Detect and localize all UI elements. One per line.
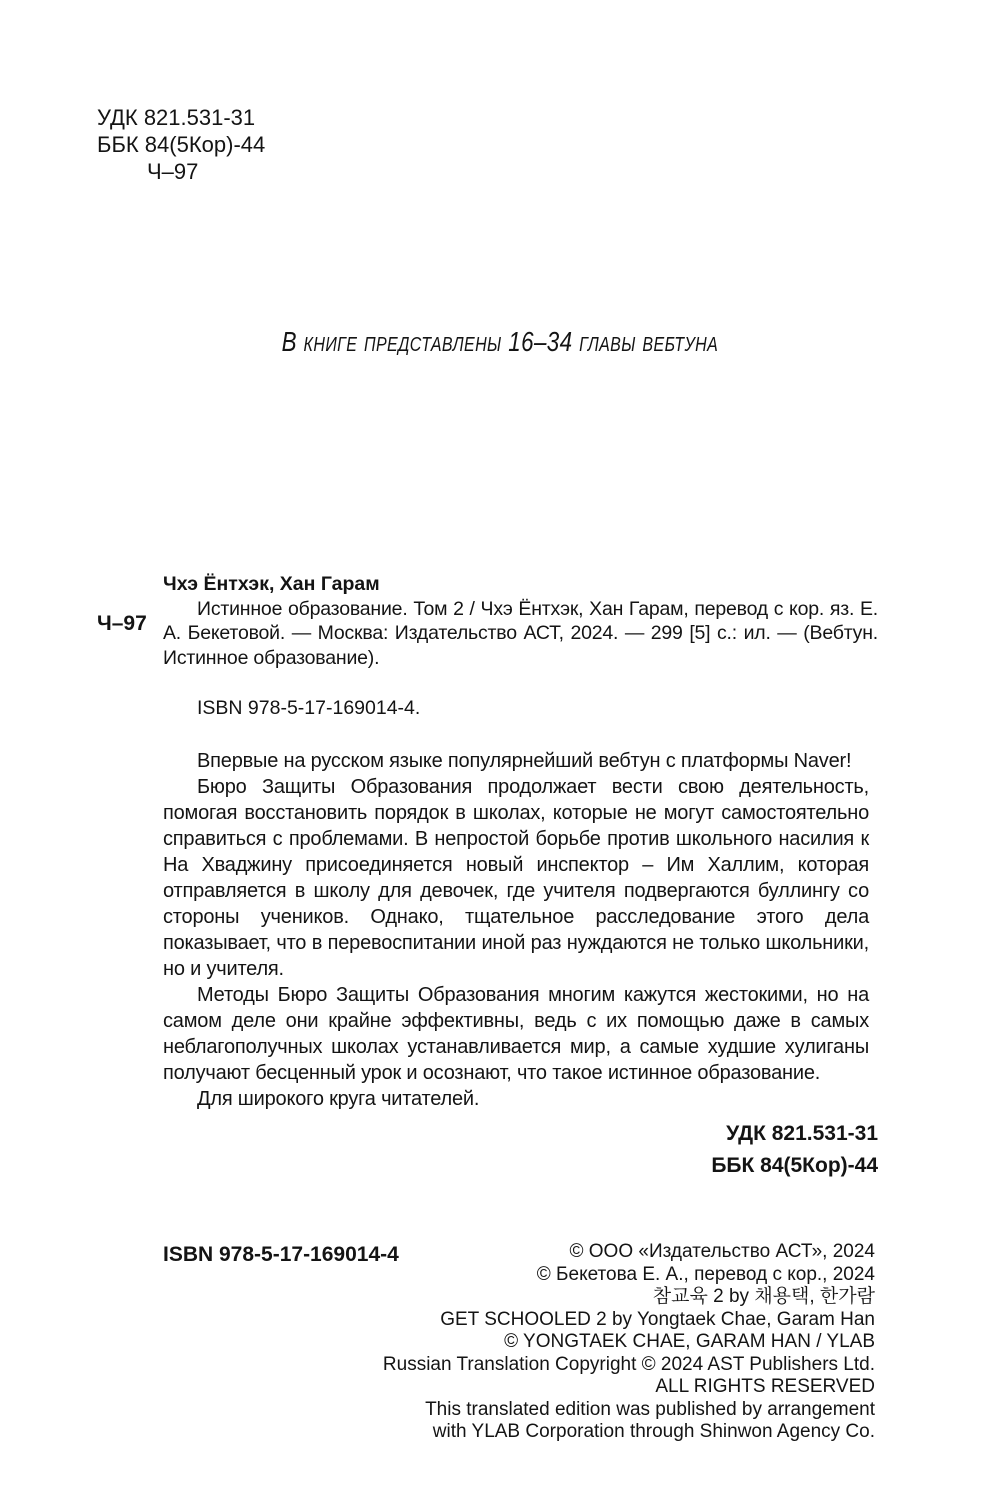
edition-note: В книге представлены 16–34 главы вебтуна	[282, 326, 719, 358]
bib-authors: Чхэ Ёнтхэк, Хан Гарам	[163, 572, 878, 597]
copyright-line: © Бекетова Е. А., перевод с кор., 2024	[383, 1264, 875, 1287]
bottom-classification-codes: УДК 821.531-31 ББК 84(5Кор)-44	[711, 1118, 878, 1182]
copyright-line: 참교육 2 by 채용택, 한가람	[383, 1286, 875, 1309]
footer-isbn: ISBN 978-5-17-169014-4	[163, 1243, 399, 1267]
edition-note-container: В книге представлены 16–34 главы вебтуна	[0, 326, 1000, 358]
author-sign-code: Ч–97	[97, 158, 265, 185]
annotation-paragraph: Для широкого круга читателей.	[163, 1086, 869, 1112]
annotation-block: Впервые на русском языке популярнейший в…	[163, 748, 869, 1112]
bbk-code: ББК 84(5Кор)-44	[97, 131, 265, 158]
bibliographic-record: Ч–97 Чхэ Ёнтхэк, Хан Гарам Истинное обра…	[97, 572, 878, 721]
copyright-line: ALL RIGHTS RESERVED	[383, 1376, 875, 1399]
top-classification-codes: УДК 821.531-31 ББК 84(5Кор)-44 Ч–97	[97, 104, 265, 185]
copyright-line: with YLAB Corporation through Shinwon Ag…	[383, 1421, 875, 1444]
annotation-paragraph: Методы Бюро Защиты Образования многим ка…	[163, 982, 869, 1086]
copyright-line: © YONGTAEK CHAE, GARAM HAN / YLAB	[383, 1331, 875, 1354]
annotation-paragraph: Бюро Защиты Образования продолжает вести…	[163, 774, 869, 982]
bib-content: Чхэ Ёнтхэк, Хан Гарам Истинное образован…	[163, 572, 878, 721]
copyright-line: Russian Translation Copyright © 2024 AST…	[383, 1354, 875, 1377]
copyright-page: УДК 821.531-31 ББК 84(5Кор)-44 Ч–97 В кн…	[0, 0, 1000, 1500]
copyright-block: © ООО «Издательство АСТ», 2024 © Бекетов…	[383, 1241, 875, 1444]
bib-description: Истинное образование. Том 2 / Чхэ Ёнтхэк…	[163, 597, 878, 671]
annotation-paragraph: Впервые на русском языке популярнейший в…	[163, 748, 869, 774]
bib-author-sign: Ч–97	[97, 612, 147, 637]
udk-code: УДК 821.531-31	[97, 104, 265, 131]
copyright-line: This translated edition was published by…	[383, 1399, 875, 1422]
bib-isbn: ISBN 978-5-17-169014-4.	[163, 696, 878, 721]
udk-code-bottom: УДК 821.531-31	[711, 1118, 878, 1150]
bbk-code-bottom: ББК 84(5Кор)-44	[711, 1150, 878, 1182]
copyright-line: GET SCHOOLED 2 by Yongtaek Chae, Garam H…	[383, 1309, 875, 1332]
copyright-line: © ООО «Издательство АСТ», 2024	[383, 1241, 875, 1264]
